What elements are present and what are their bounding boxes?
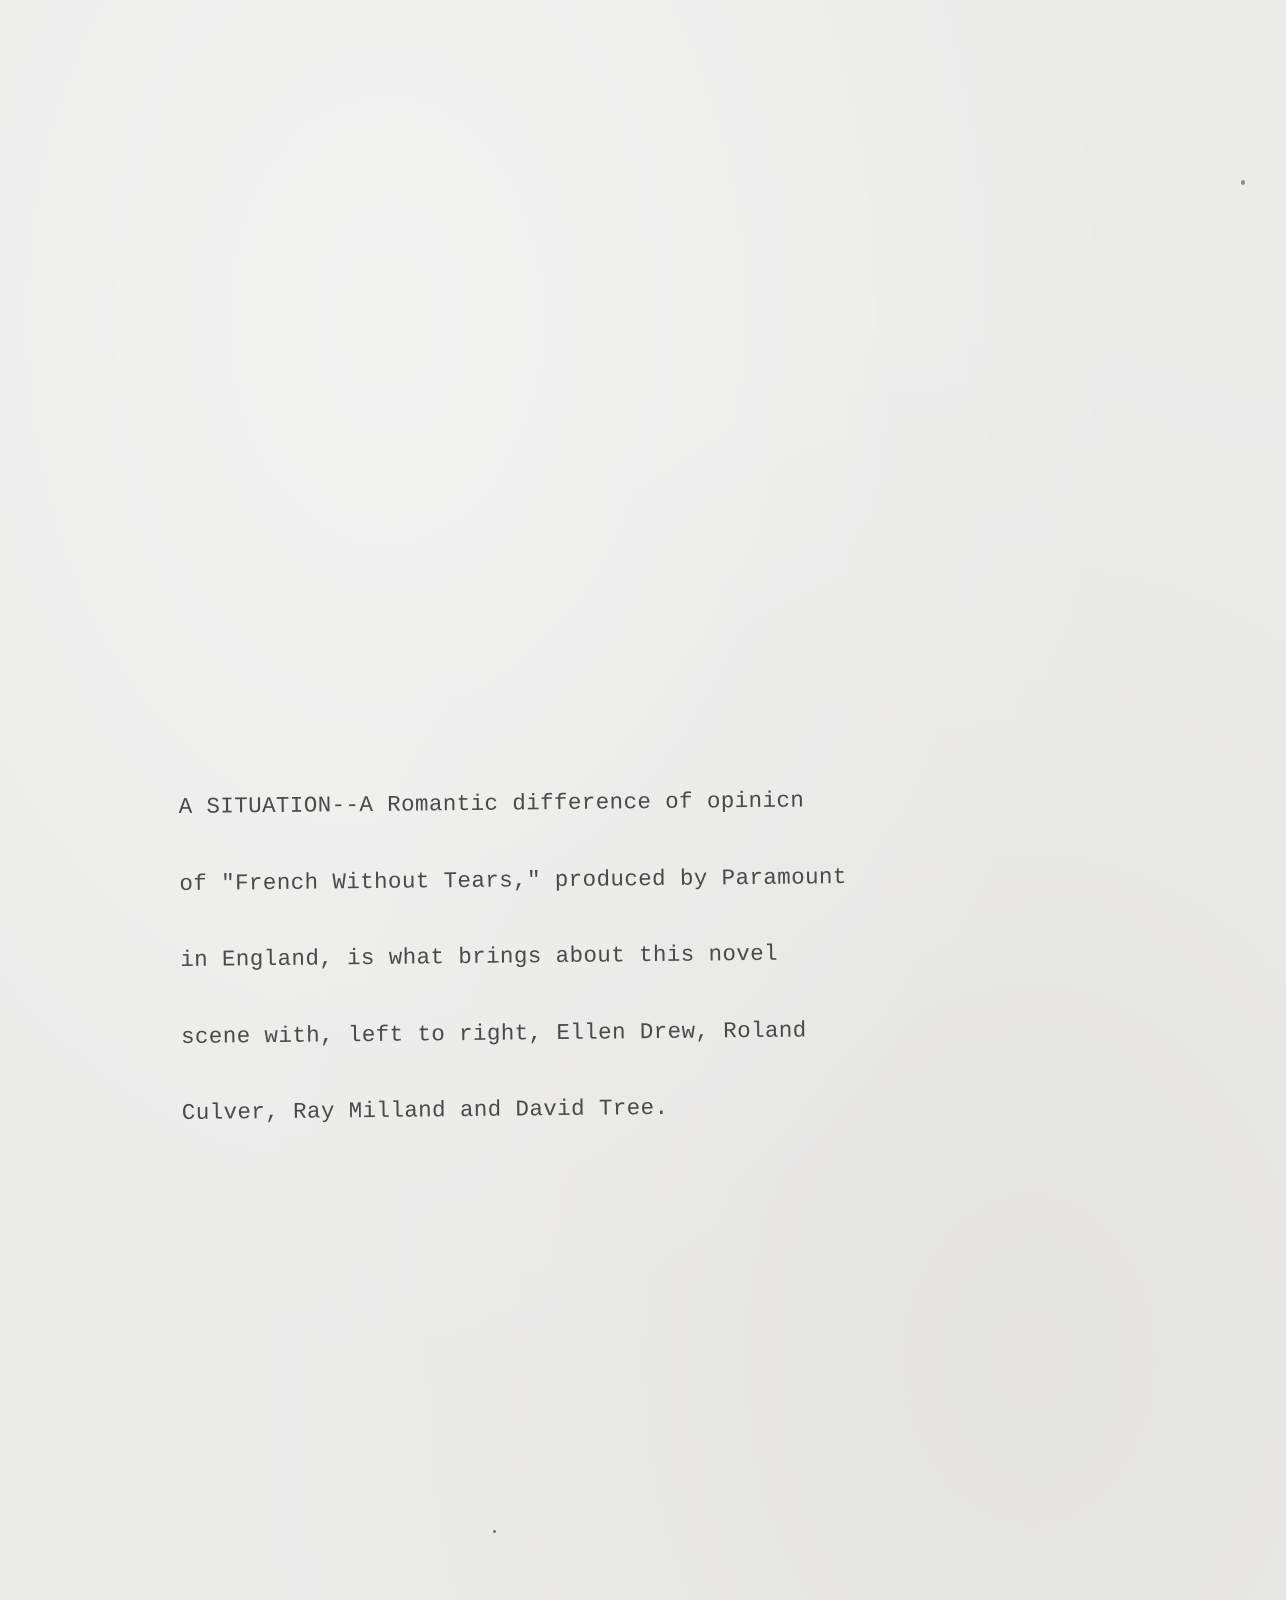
caption-line: Culver, Ray Milland and David Tree. — [182, 1094, 850, 1126]
caption-line: in England, is what brings about this no… — [180, 941, 848, 973]
paper-sheet: A SITUATION--A Romantic difference of op… — [0, 0, 1286, 1600]
caption-line: scene with, left to right, Ellen Drew, R… — [181, 1017, 849, 1049]
caption-line: of "French Without Tears," produced by P… — [179, 865, 847, 897]
caption-text: A SITUATION--A Romantic difference of op… — [178, 737, 850, 1177]
paper-speck — [1241, 180, 1245, 185]
paper-speck — [493, 1530, 496, 1533]
caption-line: A SITUATION--A Romantic difference of op… — [179, 788, 847, 820]
